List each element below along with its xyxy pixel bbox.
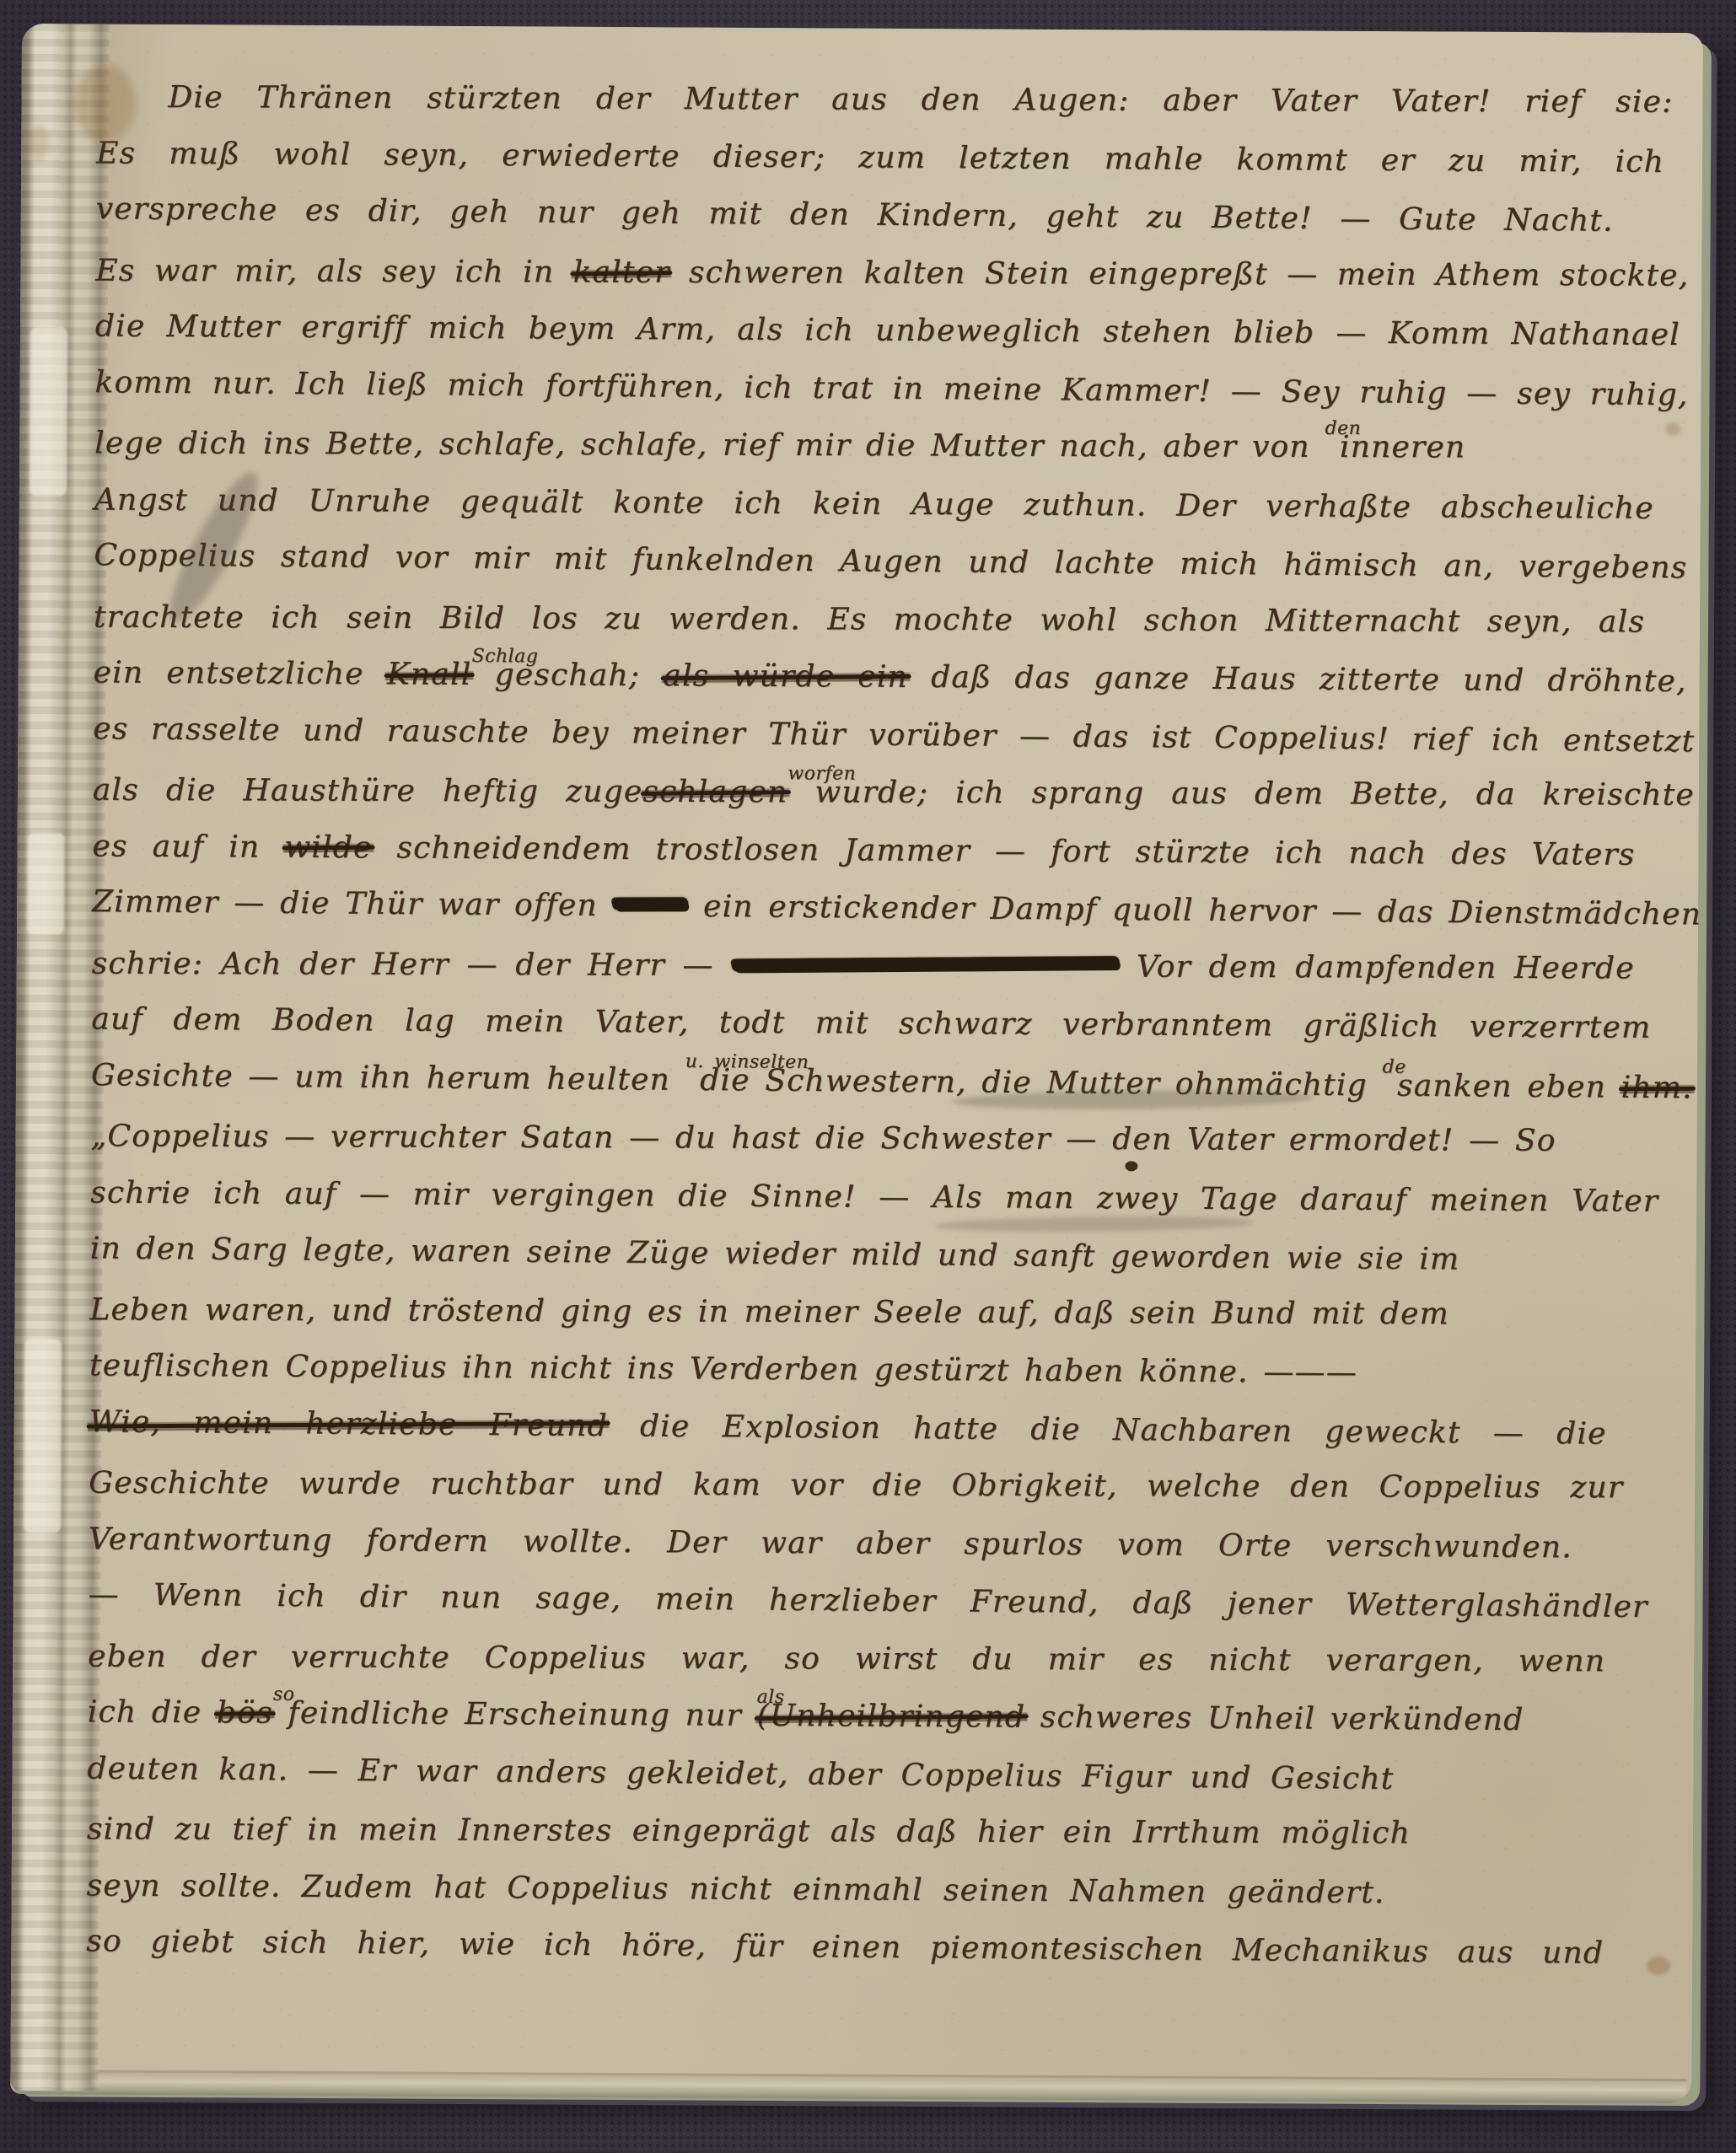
handwriting-line: sind zu tief in mein Innerstes eingepräg… bbox=[87, 1800, 1689, 1866]
handwritten-text: eben der verruchte Coppelius war, so wir… bbox=[88, 1639, 1605, 1678]
struck-through-text: bös bbox=[217, 1695, 273, 1730]
handwritten-text: sanken eben bbox=[1382, 1068, 1621, 1104]
handwritten-text: die Mutter ergriff mich beym Arm, als ic… bbox=[95, 309, 1680, 352]
ink-smear-deletion bbox=[613, 897, 689, 910]
struck-through-text: schlagen bbox=[642, 775, 787, 810]
handwriting-line: als die Hausthüre heftig zugeschlagenwor… bbox=[93, 760, 1695, 827]
handwriting-line: schrie: Ach der Herr — der Herr — Vor de… bbox=[92, 934, 1694, 1001]
handwriting-line: Es muß wohl seyn, erwiederte dieser; zum… bbox=[96, 126, 1698, 192]
struck-through-text: (Unheilbringend bbox=[756, 1699, 1025, 1735]
handwriting-line: so giebt sich hier, wie ich höre, für ei… bbox=[86, 1915, 1688, 1982]
handwritten-text: wurde; ich sprang aus dem Bette, da krei… bbox=[787, 775, 1695, 812]
handwritten-text: schweren kalten Stein eingepreßt — mein … bbox=[670, 255, 1690, 293]
handwriting-line: Zimmer — die Thür war offen ein ersticke… bbox=[92, 876, 1694, 942]
handwritten-text: Vor dem dampfenden Heerde bbox=[1119, 949, 1635, 985]
handwriting-line: Wie, mein herzliebe Freund die Explosion… bbox=[89, 1396, 1691, 1463]
handwriting-line: Die Thränen stürzten der Mutter aus den … bbox=[96, 67, 1698, 134]
handwritten-text: teuflischen Coppelius ihn nicht ins Verd… bbox=[89, 1348, 1357, 1389]
handwritten-text: Es war mir, als sey ich in bbox=[95, 253, 572, 289]
ink-smear-deletion bbox=[731, 956, 1119, 971]
handwritten-text: Verantwortung fordern wollte. Der war ab… bbox=[89, 1522, 1572, 1565]
handwriting-line: Es war mir, als sey ich in kalter schwer… bbox=[95, 241, 1697, 308]
handwritten-text: schrie ich auf — mir vergingen die Sinne… bbox=[90, 1175, 1658, 1218]
handwritten-text: schneidendem trostlosen Jammer — fort st… bbox=[372, 830, 1635, 872]
handwritten-text: Angst und Unruhe gequält konte ich kein … bbox=[94, 482, 1654, 525]
handwritten-text: — Wenn ich dir nun sage, mein herzlieber… bbox=[88, 1577, 1647, 1624]
handwriting-line: Gesichte — um ihn herum heulten u. winse… bbox=[91, 1050, 1693, 1116]
handwritten-text: deuten kan. — Er war anders gekleidet, a… bbox=[87, 1751, 1394, 1796]
handwriting-line: in den Sarg legte, waren seine Züge wied… bbox=[90, 1222, 1692, 1289]
struck-through-text: als würde ein bbox=[663, 658, 908, 695]
handwriting-line: trachtete ich sein Bild los zu werden. E… bbox=[94, 588, 1696, 654]
handwriting-line: ein entsetzliche KnallSchlag geschah; al… bbox=[93, 645, 1695, 711]
handwritten-text: sind zu tief in mein Innerstes eingepräg… bbox=[87, 1812, 1411, 1850]
handwritten-text: die Explosion hatte die Nachbaren geweck… bbox=[608, 1409, 1607, 1452]
handwritten-text: lege dich ins Bette, schlafe, schlafe, r… bbox=[94, 426, 1325, 464]
handwritten-text: Es muß wohl seyn, erwiederte dieser; zum… bbox=[96, 136, 1664, 179]
handwritten-text: als die Hausthüre heftig zuge bbox=[93, 773, 643, 809]
handwriting-line: es auf in wilde schneidendem trostlosen … bbox=[92, 819, 1694, 885]
handwritten-text: Leben waren, und tröstend ging es in mei… bbox=[89, 1292, 1449, 1331]
handwritten-text: seyn sollte. Zudem hat Coppelius nicht e… bbox=[87, 1868, 1385, 1910]
struck-through-text: wilde bbox=[284, 830, 372, 865]
handwriting-line: es rasselte und rauschte bey meiner Thür… bbox=[93, 703, 1695, 770]
handwriting-line: auf dem Boden lag mein Vater, todt mit s… bbox=[91, 991, 1693, 1058]
handwritten-text: daß das ganze Haus zitterte und dröhnte, bbox=[908, 660, 1687, 699]
handwritten-text: Geschichte wurde ruchtbar und kam vor di… bbox=[89, 1466, 1623, 1506]
handwriting-text-block: Die Thränen stürzten der Mutter aus den … bbox=[86, 67, 1699, 1982]
handwriting-line: komm nur. Ich ließ mich fortführen, ich … bbox=[94, 357, 1696, 423]
handwritten-text: so giebt sich hier, wie ich höre, für ei… bbox=[86, 1924, 1604, 1970]
handwritten-text: Coppelius stand vor mir mit funkelnden A… bbox=[94, 538, 1687, 585]
handwriting-line: die Mutter ergriff mich beym Arm, als ic… bbox=[95, 298, 1697, 365]
handwritten-text: feindliche Erscheinung nur bbox=[273, 1696, 757, 1733]
handwritten-text: auf dem Boden lag mein Vater, todt mit s… bbox=[91, 1001, 1651, 1044]
binding-worn-patch bbox=[24, 1339, 62, 1533]
handwritten-text: schrie: Ach der Herr — der Herr — bbox=[92, 946, 732, 982]
handwritten-text: in den Sarg legte, waren seine Züge wied… bbox=[90, 1232, 1460, 1277]
handwritten-text: verspreche es dir, geh nur geh mit den K… bbox=[96, 191, 1614, 238]
handwriting-line: „Coppelius — verruchter Satan — du hast … bbox=[90, 1107, 1692, 1173]
handwritten-text: schweres Unheil verkündend bbox=[1025, 1700, 1524, 1737]
handwritten-text: Gesichte — um ihn herum heulten bbox=[91, 1058, 685, 1098]
page-bottom-edge bbox=[10, 2072, 1686, 2103]
handwriting-line: Verantwortung fordern wollte. Der war ab… bbox=[89, 1511, 1690, 1578]
handwritten-text: ein erstickender Dampf quoll hervor — da… bbox=[688, 889, 1701, 932]
handwritten-text: komm nur. Ich ließ mich fortführen, ich … bbox=[94, 365, 1688, 412]
handwriting-line: lege dich ins Bette, schlafe, schlafe, r… bbox=[94, 414, 1696, 481]
handwritten-text: „Coppelius — verruchter Satan — du hast … bbox=[91, 1119, 1556, 1157]
struck-through-text: ihm. bbox=[1621, 1070, 1693, 1105]
handwriting-line: Angst und Unruhe gequält konte ich kein … bbox=[94, 472, 1696, 539]
handwritten-text: Zimmer — die Thür war offen bbox=[92, 884, 613, 923]
struck-through-text: kalter bbox=[573, 255, 670, 289]
handwriting-line: schrie ich auf — mir vergingen die Sinne… bbox=[90, 1165, 1692, 1232]
handwritten-text: ein entsetzliche bbox=[94, 655, 387, 691]
struck-through-text: Wie, mein herzliebe Freund bbox=[89, 1404, 608, 1443]
manuscript-page: Die Thränen stürzten der Mutter aus den … bbox=[10, 24, 1703, 2100]
handwritten-text: trachtete ich sein Bild los zu werden. E… bbox=[94, 599, 1645, 639]
handwriting-line: teuflischen Coppelius ihn nicht ins Verd… bbox=[89, 1338, 1691, 1404]
handwriting-line: Coppelius stand vor mir mit funkelnden A… bbox=[94, 529, 1696, 596]
handwriting-line: ich die bösso feindliche Erscheinung nur… bbox=[88, 1684, 1690, 1751]
binding-worn-patch bbox=[30, 327, 67, 496]
handwriting-line: Leben waren, und tröstend ging es in mei… bbox=[89, 1281, 1691, 1347]
handwritten-text: es rasselte und rauschte bey meiner Thür… bbox=[93, 711, 1695, 759]
handwritten-text: es auf in bbox=[92, 829, 284, 864]
struck-through-text: Knall bbox=[387, 657, 472, 692]
handwritten-text: ich die bbox=[88, 1694, 217, 1730]
handwriting-line: Geschichte wurde ruchtbar und kam vor di… bbox=[89, 1453, 1690, 1520]
handwritten-text: Die Thränen stürzten der Mutter aus den … bbox=[168, 80, 1673, 120]
handwriting-line: eben der verruchte Coppelius war, so wir… bbox=[88, 1627, 1690, 1694]
handwriting-line: seyn sollte. Zudem hat Coppelius nicht e… bbox=[86, 1858, 1688, 1925]
photograph-of-manuscript: { "scene": { "description_colors": { "ba… bbox=[0, 0, 1736, 2153]
handwriting-line: verspreche es dir, geh nur geh mit den K… bbox=[96, 183, 1698, 250]
handwriting-line: — Wenn ich dir nun sage, mein herzlieber… bbox=[88, 1569, 1690, 1635]
binding-worn-patch bbox=[27, 833, 65, 934]
handwriting-line: deuten kan. — Er war anders gekleidet, a… bbox=[87, 1742, 1689, 1809]
